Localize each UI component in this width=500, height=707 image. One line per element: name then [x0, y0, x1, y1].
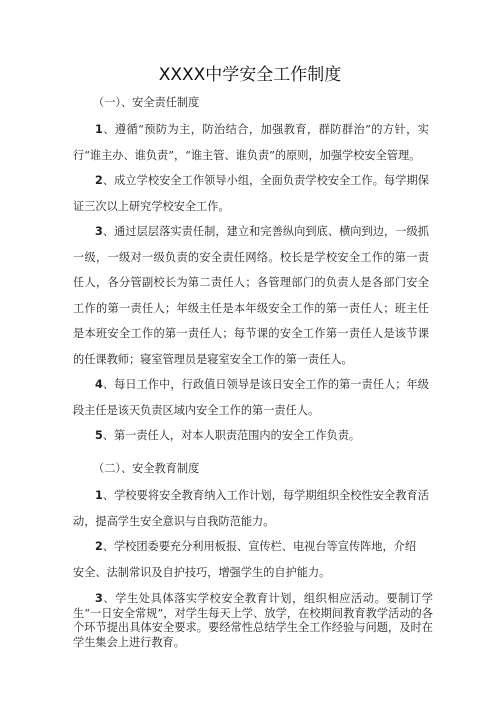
section-heading-safety-responsibility: （一）、安全责任制度 — [93, 96, 199, 110]
section-2-body: 1、学校要将安全教育纳入工作计划，每学期组织全校性安全教育活动，提高学生安全意识… — [73, 483, 429, 585]
section-1-body: 1、遵循“预防为主，防治结合，加强教育，群防群治”的方针，实行“谁主办、谁负责”… — [73, 117, 429, 449]
paragraph: 3、通过层层落实责任制，建立和完善纵向到底、横向到边，一级抓一级，一级对一级负责… — [73, 219, 429, 372]
document-title: XXXX中学安全工作制度 — [0, 63, 500, 87]
paragraph: 3、学生处具体落实学校安全教育计划，组织相应活动。要制订学生“一日安全常规”，对… — [73, 592, 433, 650]
paragraph-continuation: 安全、法制常识及自护技巧，增强学生的自护能力。 — [73, 560, 429, 586]
paragraph: 4、每日工作中，行政值日领导是该日安全工作的第一责任人；年级段主任是该天负责区域… — [73, 372, 429, 423]
paragraph: 5、第一责任人，对本人职责范围内的安全工作负责。 — [73, 423, 429, 449]
section-2-body-tight: 3、学生处具体落实学校安全教育计划，组织相应活动。要制订学生“一日安全常规”，对… — [73, 592, 433, 650]
paragraph: 2、成立学校安全工作领导小组，全面负责学校安全工作。每学期保证三次以上研究学校安… — [73, 168, 429, 219]
paragraph: 1、学校要将安全教育纳入工作计划，每学期组织全校性安全教育活动，提高学生安全意识… — [73, 483, 429, 534]
paragraph: 2、学校团委要充分利用板报、宣传栏、电视台等宣传阵地，介绍 — [73, 534, 429, 560]
section-heading-safety-education: （二）、安全教育制度 — [93, 462, 199, 476]
document-page: XXXX中学安全工作制度 （一）、安全责任制度 1、遵循“预防为主，防治结合，加… — [0, 0, 500, 707]
paragraph: 1、遵循“预防为主，防治结合，加强教育，群防群治”的方针，实行“谁主办、谁负责”… — [73, 117, 429, 168]
